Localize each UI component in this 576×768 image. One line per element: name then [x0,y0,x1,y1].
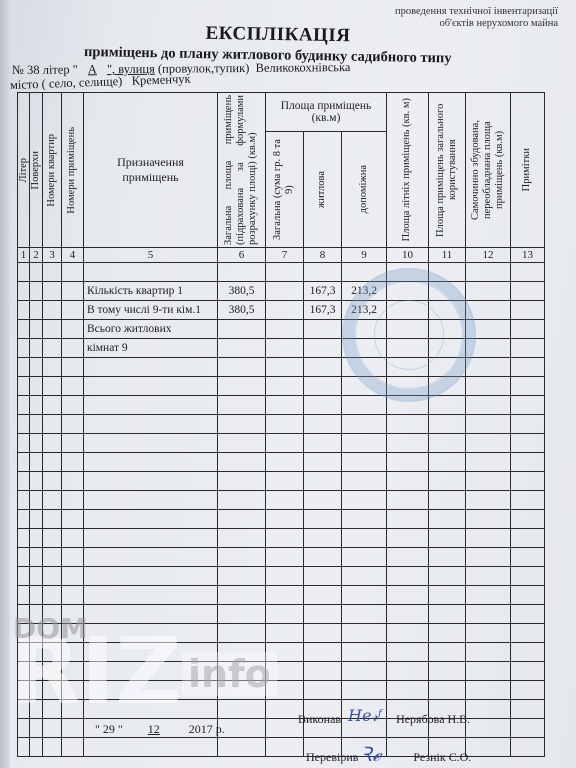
cell-col-13 [511,434,545,453]
cell-col-4 [62,719,84,738]
street-name: Великокохнівська [256,60,351,75]
cell-col-3 [43,415,62,434]
cell-col-9 [342,605,387,624]
cell-col-11 [429,548,466,567]
cell-col-2 [30,586,43,605]
cell-col-13 [511,491,545,510]
cell-col-8 [304,263,342,282]
cell-col-2 [30,339,43,358]
cell-col-9 [342,681,387,700]
cell-col-4 [62,472,84,491]
cell-col-6 [218,605,266,624]
cell-col-7 [266,491,304,510]
cell-col-9 [342,529,387,548]
cell-col-12 [466,472,511,491]
cell-col-8 [304,434,342,453]
cell-col-8 [304,662,342,681]
table-row [18,643,545,662]
cell-col-9: 213,2 [342,301,387,320]
cell-col-9 [342,320,387,339]
cell-col-5 [84,700,218,719]
cell-col-12 [466,339,511,358]
cell-col-10 [387,586,429,605]
col-num: 6 [218,248,266,263]
cell-col-4 [62,700,84,719]
cell-col-2 [30,662,43,681]
cell-col-2 [30,358,43,377]
cell-col-12 [466,263,511,282]
cell-col-4 [62,301,84,320]
date-month: 12 [134,722,174,737]
col-num: 5 [84,248,218,263]
cell-col-1 [18,738,30,757]
cell-col-12 [466,434,511,453]
cell-col-2 [30,510,43,529]
cell-col-1 [18,415,30,434]
cell-col-2 [30,377,43,396]
cell-col-3 [43,510,62,529]
cell-col-12 [466,396,511,415]
cell-col-6: 380,5 [218,282,266,301]
cell-col-3 [43,282,62,301]
cell-col-3 [43,301,62,320]
cell-col-10 [387,320,429,339]
cell-col-10 [387,282,429,301]
table-row [18,567,545,586]
cell-col-7 [266,434,304,453]
cell-col-4 [62,510,84,529]
cell-col-12 [466,662,511,681]
cell-col-2 [30,700,43,719]
cell-col-4 [62,263,84,282]
cell-col-4 [62,586,84,605]
cell-col-11 [429,415,466,434]
cell-col-7 [266,624,304,643]
col-header-8: житлова [304,132,342,248]
table-row [18,681,545,700]
cell-col-1 [18,643,30,662]
cell-col-9 [342,358,387,377]
cell-col-10 [387,491,429,510]
cell-col-2 [30,491,43,510]
cell-col-2 [30,681,43,700]
column-number-row: 1 2 3 4 5 6 7 8 9 10 11 12 13 [18,248,545,263]
cell-col-2 [30,263,43,282]
table-row: кімнат 9 [18,339,545,358]
cell-col-10 [387,643,429,662]
cell-col-2 [30,282,43,301]
cell-col-3 [43,396,62,415]
cell-col-7 [266,320,304,339]
cell-col-8 [304,605,342,624]
cell-col-12 [466,700,511,719]
cell-col-4 [62,377,84,396]
col-num: 8 [304,248,342,263]
city-name: Кременчук [131,72,190,88]
cell-col-5 [84,396,218,415]
cell-col-8 [304,339,342,358]
date-year: 2017 р. [189,722,225,736]
cell-col-12 [466,605,511,624]
cell-col-3 [43,263,62,282]
cell-col-11 [429,567,466,586]
cell-col-7 [266,358,304,377]
table-row: Всього житлових [18,320,545,339]
cell-col-9 [342,396,387,415]
cell-col-7 [266,282,304,301]
cell-col-1 [18,282,30,301]
col-header-4: Номери приміщень [62,93,84,248]
cell-col-3 [43,548,62,567]
cell-col-6: 380,5 [218,301,266,320]
date-day: " 29 " [95,722,123,736]
cell-col-8 [304,320,342,339]
cell-col-11 [429,358,466,377]
cell-col-1 [18,320,30,339]
cell-col-9 [342,586,387,605]
cell-col-8 [304,548,342,567]
cell-col-10 [387,567,429,586]
performed-label: Виконав [298,712,341,726]
cell-col-10 [387,339,429,358]
cell-col-2 [30,529,43,548]
cell-col-9 [342,491,387,510]
col-header-3: Номери квартир [43,93,62,248]
cell-col-6 [218,415,266,434]
col-num: 13 [511,248,545,263]
cell-col-7 [266,472,304,491]
cell-col-6 [218,320,266,339]
col-num: 11 [429,248,466,263]
cell-col-9 [342,548,387,567]
cell-col-9 [342,453,387,472]
cell-col-8 [304,358,342,377]
cell-col-11 [429,510,466,529]
cell-col-9 [342,624,387,643]
cell-col-7 [266,643,304,662]
cell-col-7 [266,510,304,529]
cell-col-4 [62,396,84,415]
cell-col-11 [429,643,466,662]
cell-col-13 [511,377,545,396]
cell-col-7 [266,453,304,472]
cell-col-9 [342,263,387,282]
cell-col-4 [62,453,84,472]
cell-col-3 [43,662,62,681]
cell-col-4 [62,681,84,700]
table-row [18,434,545,453]
cell-col-8 [304,681,342,700]
col-header-2: Поверхи [30,93,43,248]
header-row-top: Літер Поверхи Номери квартир Номери прим… [18,93,545,132]
cell-col-4 [62,624,84,643]
cell-col-5 [84,624,218,643]
cell-col-12 [466,548,511,567]
cell-col-2 [30,643,43,662]
cell-col-13 [511,320,545,339]
cell-col-12 [466,567,511,586]
cell-col-3 [43,358,62,377]
cell-col-4 [62,643,84,662]
cell-col-3 [43,719,62,738]
cell-col-6 [218,434,266,453]
col-header-11: Площа приміщень загального користування [429,93,466,248]
table-row [18,263,545,282]
cell-col-12 [466,529,511,548]
cell-col-4 [62,415,84,434]
cell-col-10 [387,605,429,624]
cell-col-2 [30,738,43,757]
cell-col-4 [62,434,84,453]
cell-col-13 [511,282,545,301]
table-row [18,377,545,396]
cell-col-11 [429,529,466,548]
table-row [18,491,545,510]
table-row [18,453,545,472]
cell-col-5 [84,453,218,472]
cell-col-3 [43,738,62,757]
table-row [18,662,545,681]
cell-col-3 [43,529,62,548]
cell-col-10 [387,396,429,415]
cell-col-2 [30,472,43,491]
cell-col-1 [18,358,30,377]
cell-col-9 [342,643,387,662]
cell-col-6 [218,662,266,681]
cell-col-1 [18,263,30,282]
cell-col-3 [43,339,62,358]
performed-name: Нерябова Н.В. [396,712,470,726]
cell-col-3 [43,681,62,700]
cell-col-4 [62,282,84,301]
cell-col-1 [18,586,30,605]
table-row [18,624,545,643]
table-row [18,415,545,434]
cell-col-11 [429,681,466,700]
cell-col-3 [43,491,62,510]
cell-col-12 [466,510,511,529]
cell-col-1 [18,510,30,529]
cell-col-11 [429,282,466,301]
cell-col-3 [43,567,62,586]
cell-col-5 [84,491,218,510]
performed-by: Виконав Нерябова Н.В. [298,712,470,727]
cell-col-4 [62,605,84,624]
cell-col-13 [511,567,545,586]
cell-col-6 [218,529,266,548]
cell-col-6 [218,738,266,757]
cell-col-8 [304,415,342,434]
cell-col-8 [304,567,342,586]
cell-col-2 [30,453,43,472]
cell-col-11 [429,377,466,396]
cell-col-11 [429,491,466,510]
cell-col-11 [429,339,466,358]
cell-col-9 [342,434,387,453]
cell-col-5 [84,567,218,586]
document-date: " 29 " 12 2017 р. [95,722,225,737]
col-header-10: Площа літніх приміщень (кв. м) [387,93,429,248]
cell-col-3 [43,605,62,624]
cell-col-1 [18,453,30,472]
cell-col-7 [266,586,304,605]
cell-col-10 [387,358,429,377]
cell-col-12 [466,738,511,757]
cell-col-10 [387,415,429,434]
cell-col-1 [18,681,30,700]
cell-col-12 [466,681,511,700]
cell-col-1 [18,491,30,510]
cell-col-2 [30,548,43,567]
cell-col-4 [62,491,84,510]
cell-col-5 [84,377,218,396]
cell-col-13 [511,510,545,529]
cell-col-7 [266,567,304,586]
cell-col-5 [84,605,218,624]
cell-col-8 [304,491,342,510]
cell-col-4 [62,548,84,567]
cell-col-13 [511,339,545,358]
cell-col-6 [218,586,266,605]
cell-col-10 [387,301,429,320]
cell-col-7 [266,548,304,567]
cell-col-8 [304,453,342,472]
cell-col-5: кімнат 9 [84,339,218,358]
cell-col-13 [511,396,545,415]
cell-col-2 [30,719,43,738]
cell-col-5 [84,263,218,282]
cell-col-6 [218,700,266,719]
cell-col-13 [511,586,545,605]
checked-by: Перевірив Резнік Є.О. [306,750,471,765]
cell-col-8 [304,396,342,415]
cell-col-6 [218,472,266,491]
cell-col-10 [387,434,429,453]
cell-col-6 [218,510,266,529]
cell-col-12 [466,643,511,662]
cell-col-6 [218,681,266,700]
cell-col-5 [84,738,218,757]
cell-col-1 [18,377,30,396]
cell-col-5 [84,548,218,567]
cell-col-11 [429,472,466,491]
cell-col-12 [466,320,511,339]
cell-col-9 [342,662,387,681]
col-num: 7 [266,248,304,263]
col-num: 3 [43,248,62,263]
table-row [18,529,545,548]
cell-col-12 [466,719,511,738]
cell-col-13 [511,738,545,757]
house-number-label: № 38 літер " [12,62,78,77]
cell-col-3 [43,624,62,643]
col-header-7: Загальна (сума гр. 8 та 9) [266,132,304,248]
cell-col-12 [466,282,511,301]
cell-col-13 [511,415,545,434]
cell-col-3 [43,700,62,719]
cell-col-13 [511,643,545,662]
cell-col-11 [429,624,466,643]
col-num: 9 [342,248,387,263]
cell-col-1 [18,434,30,453]
col-header-9: допоміжна [342,132,387,248]
checked-label: Перевірив [306,750,358,764]
explication-table: Літер Поверхи Номери квартир Номери прим… [17,92,545,757]
cell-col-8 [304,510,342,529]
cell-col-4 [62,358,84,377]
cell-col-3 [43,472,62,491]
col-header-5: Призначення приміщень [84,93,218,248]
cell-col-12 [466,453,511,472]
cell-col-6 [218,396,266,415]
cell-col-8 [304,529,342,548]
cell-col-1 [18,700,30,719]
cell-col-12 [466,415,511,434]
cell-col-4 [62,339,84,358]
cell-col-4 [62,320,84,339]
cell-col-13 [511,529,545,548]
table-row: Кількість квартир 1380,5167,3213,2 [18,282,545,301]
cell-col-11 [429,396,466,415]
org-line-1: проведення технічної інвентаризації [395,6,558,17]
cell-col-6 [218,453,266,472]
signature-performed-icon: Не𝓇ᶠ [348,706,382,726]
cell-col-8 [304,377,342,396]
cell-col-13 [511,263,545,282]
table-row: В тому числі 9-ти кім.1380,5167,3213,2 [18,301,545,320]
cell-col-7 [266,605,304,624]
table-row [18,358,545,377]
cell-col-13 [511,719,545,738]
cell-col-11 [429,320,466,339]
cell-col-10 [387,624,429,643]
cell-col-10 [387,662,429,681]
cell-col-3 [43,434,62,453]
cell-col-5 [84,586,218,605]
cell-col-5 [84,510,218,529]
col-header-13: Примітки [511,93,545,248]
checked-name: Резнік Є.О. [413,750,471,764]
cell-col-2 [30,624,43,643]
cell-col-12 [466,301,511,320]
cell-col-11 [429,434,466,453]
col-num: 12 [466,248,511,263]
cell-col-3 [43,586,62,605]
cell-col-1 [18,529,30,548]
cell-col-1 [18,472,30,491]
cell-col-11 [429,263,466,282]
cell-col-1 [18,396,30,415]
cell-col-11 [429,662,466,681]
cell-col-3 [43,320,62,339]
cell-col-7 [266,377,304,396]
cell-col-3 [43,453,62,472]
cell-col-2 [30,415,43,434]
table-row [18,605,545,624]
col-header-1: Літер [18,93,30,248]
table-body: Кількість квартир 1380,5167,3213,2В тому… [18,263,545,757]
cell-col-13 [511,681,545,700]
cell-col-12 [466,377,511,396]
cell-col-3 [43,643,62,662]
cell-col-9 [342,472,387,491]
cell-col-5 [84,472,218,491]
cell-col-8: 167,3 [304,282,342,301]
cell-col-1 [18,662,30,681]
cell-col-5: В тому числі 9-ти кім.1 [84,301,218,320]
cell-col-5 [84,643,218,662]
cell-col-3 [43,377,62,396]
